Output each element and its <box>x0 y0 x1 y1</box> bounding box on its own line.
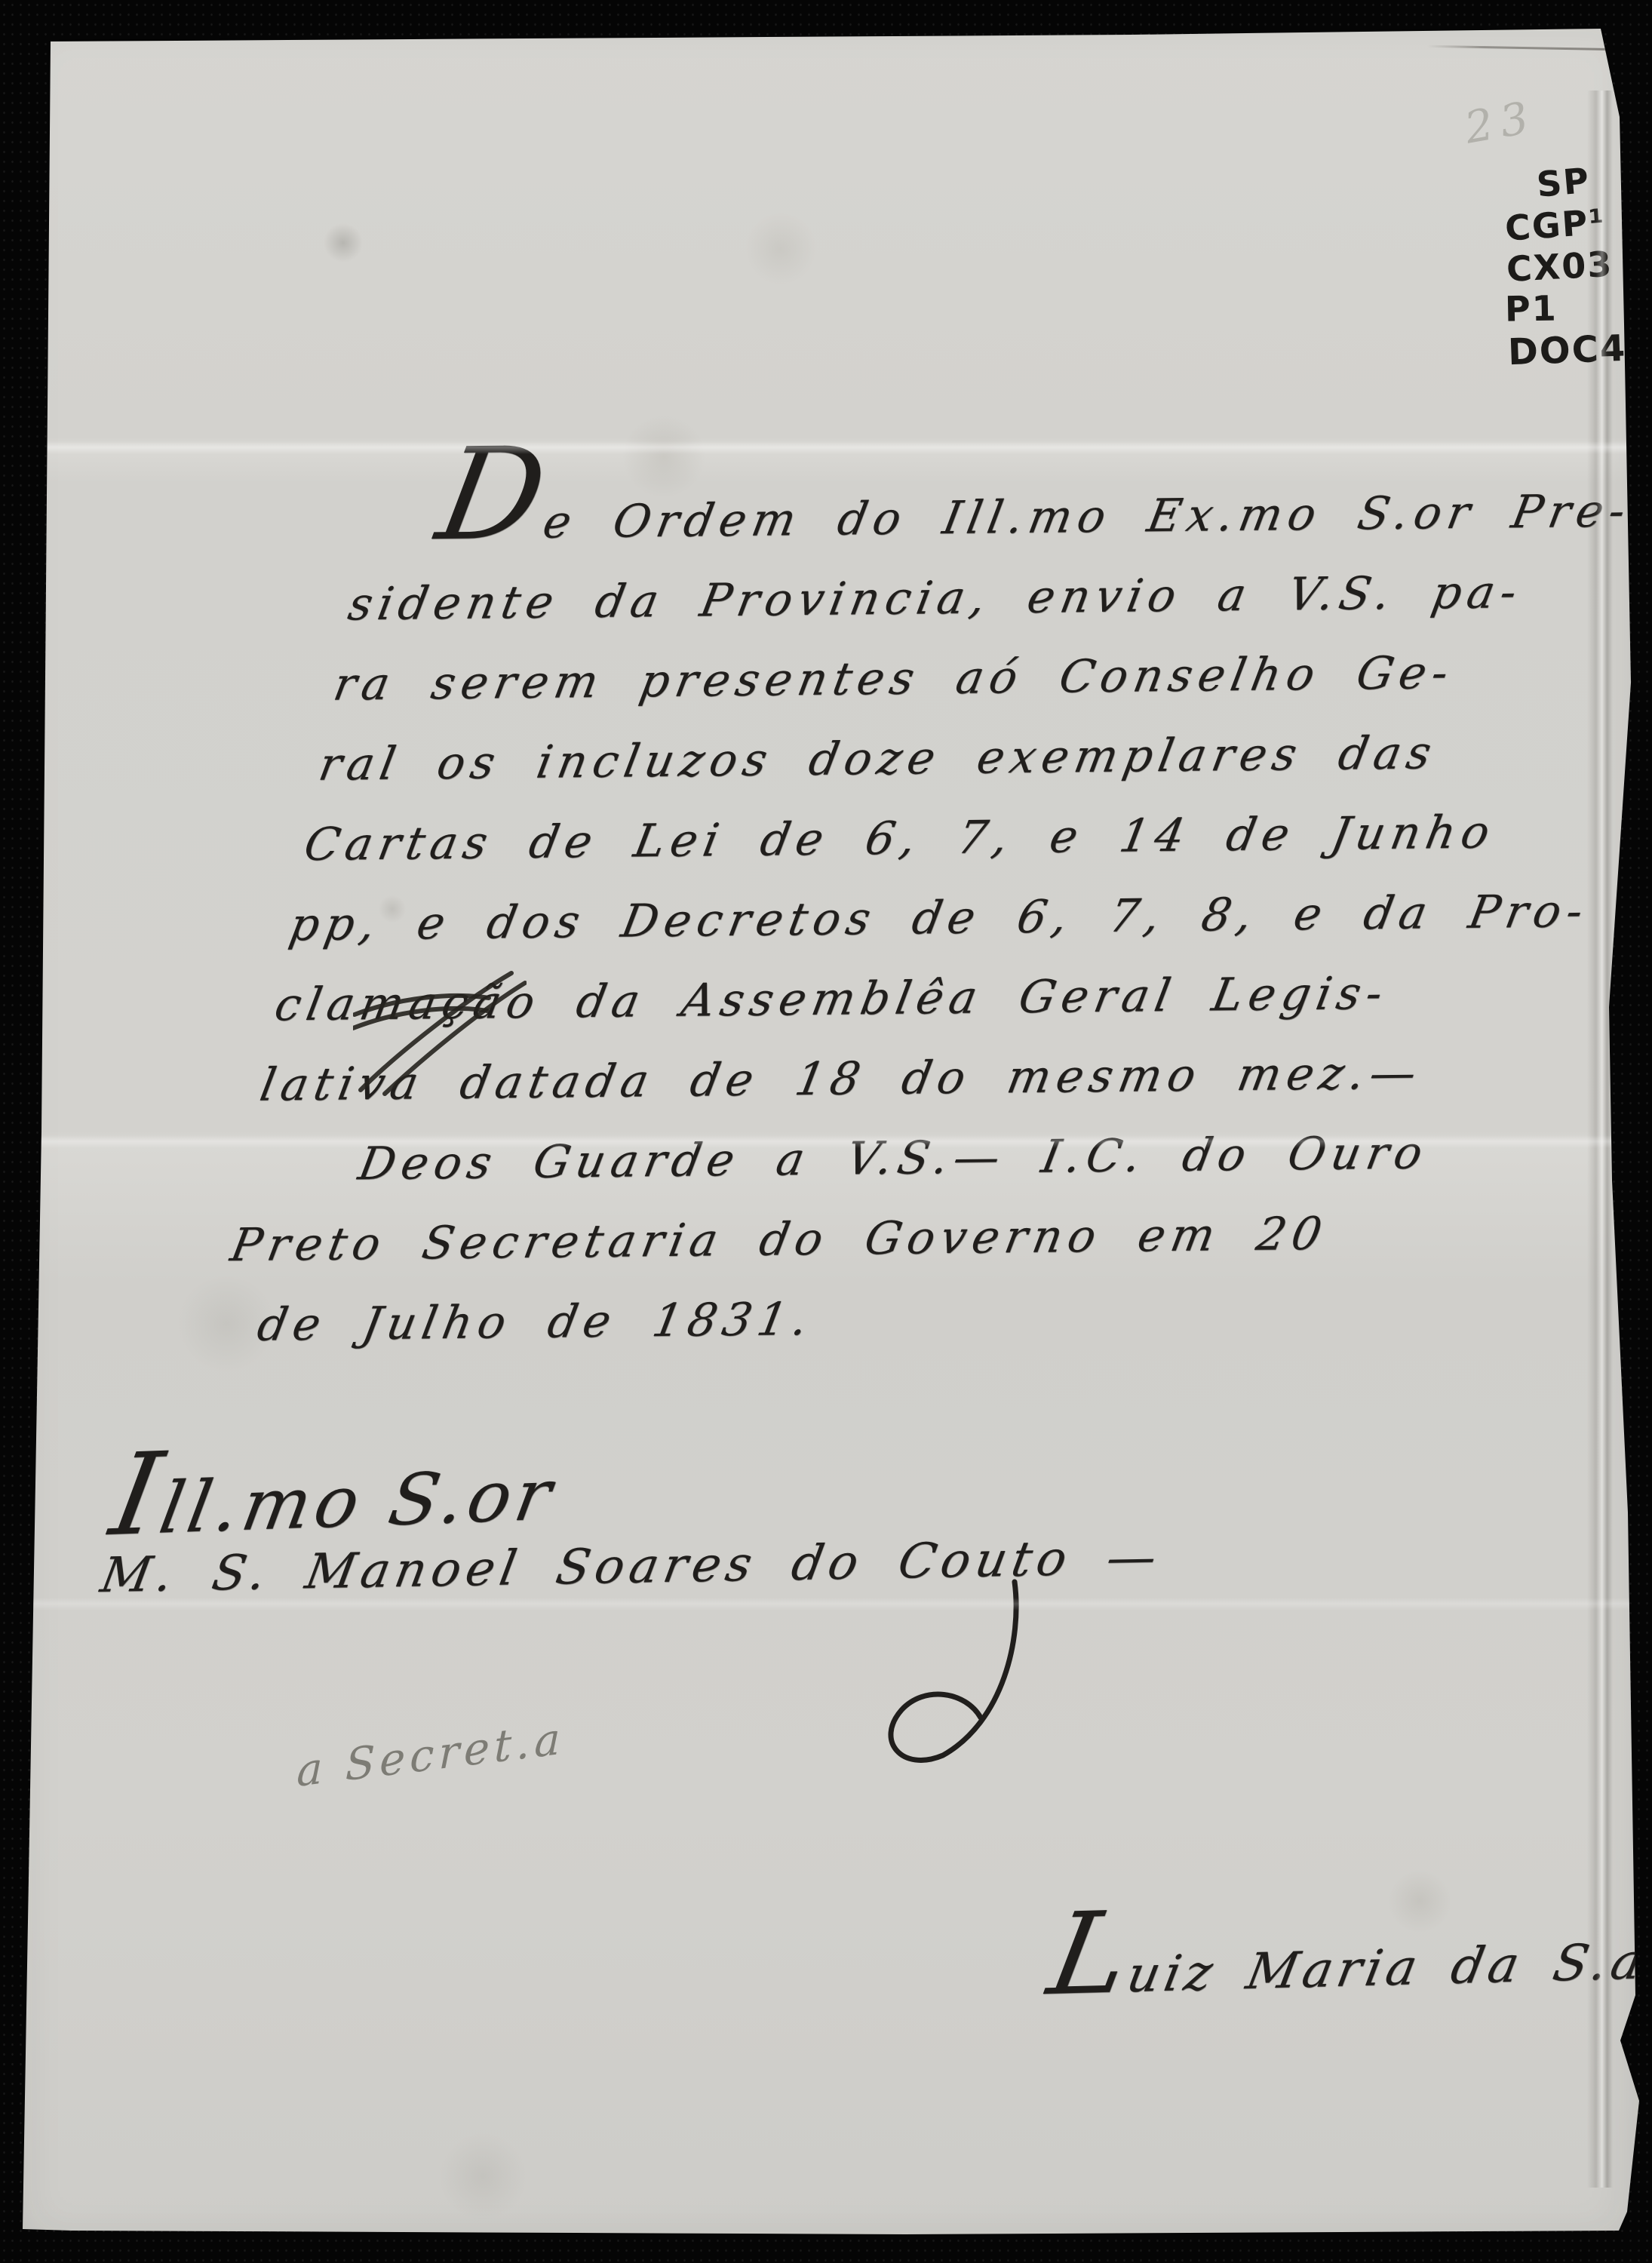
letter-line: Preto Secretaria do Governo em 20 <box>224 1192 1506 1285</box>
pencil-page-number: 23 <box>1461 91 1540 153</box>
pencil-note: a Secret.a <box>296 1712 565 1797</box>
paper-crease <box>1587 91 1613 2188</box>
archival-reference-line: DOC46 <box>1504 327 1652 374</box>
signature: Luiz Maria da S.a Pinto — <box>1042 1925 1652 2006</box>
archival-reference-line: P1 <box>1505 285 1652 330</box>
letter-line: pp, e dos Decretos de 6, 7, 8, e da Pro- <box>283 871 1564 965</box>
archival-reference-stamp: SP CGP¹ CX03 P1 DOC46 <box>1505 160 1652 371</box>
manuscript-page: 23 SP CGP¹ CX03 P1 DOC46 De Ordem do Ill… <box>0 0 1652 2263</box>
archival-reference-line: CX03 <box>1504 241 1652 290</box>
letter-body: De Ordem do Ill.mo Ex.mo S.or Pre- siden… <box>210 471 1638 1365</box>
letter-line: ra serem presentes aó Conselho Ge- <box>327 631 1609 725</box>
letter-line: Deos Guarde a V.S.— I.C. do Ouro <box>239 1112 1521 1205</box>
pp-descender-flourish-icon <box>353 969 527 1098</box>
scan-background: 23 SP CGP¹ CX03 P1 DOC46 De Ordem do Ill… <box>0 0 1652 2263</box>
letter-line: Cartas de Lei de 6, 7, e 14 de Junho <box>298 791 1580 885</box>
addressee-flourish-icon <box>860 1578 1033 1774</box>
paper-fold-edge <box>1427 45 1617 51</box>
letter-line: sidente da Provincia, envio a V.S. pa- <box>342 551 1623 645</box>
letter-line: De Ordem do Ill.mo Ex.mo S.or Pre- <box>357 471 1638 564</box>
letter-line: ral os incluzos doze exemplares das <box>312 711 1594 805</box>
addressee-title: Ill.mo S.or <box>104 1454 562 1552</box>
archival-reference-line: SP <box>1503 154 1652 209</box>
letter-line: de Julho de 1831. <box>210 1273 1491 1366</box>
